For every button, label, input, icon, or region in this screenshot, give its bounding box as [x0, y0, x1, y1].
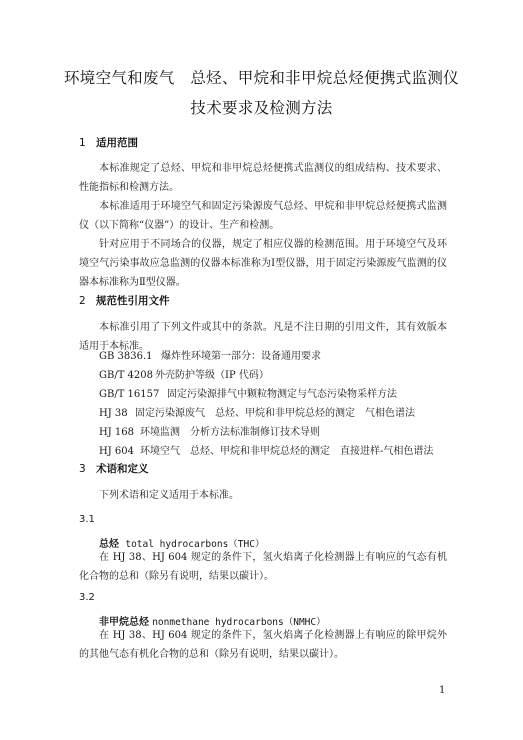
paragraph: 针对应用于不同场合的仪器，规定了相应仪器的检测范围。用于环境空气及环境空气污染事…	[79, 235, 447, 292]
term-number: 3.2	[79, 592, 95, 603]
reference-item: GB/T 4208外壳防护等级（IP 代码）	[99, 366, 269, 385]
section-number: 1	[79, 137, 96, 149]
section-title: 适用范围	[96, 137, 138, 149]
section-heading-2: 2规范性引用文件	[79, 293, 170, 308]
reference-title: 环境空气 总烃、甲烷和非甲烷总烃的测定 直接进样-气相色谱法	[140, 446, 433, 457]
reference-code: HJ 38	[99, 404, 135, 423]
reference-code: GB/T 16157	[99, 385, 167, 404]
section-heading-3: 3术语和定义	[79, 461, 149, 476]
reference-title: 固定污染源废气 总烃、甲烷和非甲烷总烃的测定 气相色谱法	[135, 408, 415, 419]
document-page: 环境空气和废气 总烃、甲烷和非甲烷总烃便携式监测仪 技术要求及检测方法 1适用范…	[0, 0, 523, 740]
term-number: 3.1	[79, 514, 95, 525]
paragraph: 本标准适用于环境空气和固定污染源废气总烃、甲烷和非甲烷总烃便携式监测仪（以下简称…	[79, 197, 447, 235]
reference-code: GB/T 4208	[99, 366, 155, 385]
page-number: 1	[439, 685, 445, 696]
reference-title: 环境监测 分析方法标准制修订技术导则	[140, 427, 320, 438]
reference-item: HJ 168环境监测 分析方法标准制修订技术导则	[99, 423, 320, 442]
document-title-line1: 环境空气和废气 总烃、甲烷和非甲烷总烃便携式监测仪	[0, 66, 523, 88]
reference-item: GB/T 16157固定污染源排气中颗粒物测定与气态污染物采样方法	[99, 385, 397, 404]
paragraph: 本标准规定了总烃、甲烷和非甲烷总烃便携式监测仪的组成结构、技术要求、性能指标和检…	[79, 159, 447, 197]
reference-code: HJ 604	[99, 442, 140, 461]
term-definition: 在 HJ 38、HJ 604 规定的条件下，氢火焰离子化检测器上有响应的气态有机…	[79, 548, 447, 586]
term-definition: 在 HJ 38、HJ 604 规定的条件下，氢火焰离子化检测器上有响应的除甲烷外…	[79, 626, 447, 664]
section-number: 2	[79, 295, 96, 307]
reference-item: HJ 604环境空气 总烃、甲烷和非甲烷总烃的测定 直接进样-气相色谱法	[99, 442, 433, 461]
reference-title: 外壳防护等级（IP 代码）	[155, 370, 269, 381]
section-title: 规范性引用文件	[96, 295, 170, 307]
reference-item: GB 3836.1爆炸性环境第一部分：设备通用要求	[99, 347, 321, 366]
paragraph: 下列术语和定义适用于本标准。	[79, 486, 447, 505]
reference-code: GB 3836.1	[99, 347, 161, 366]
section-title: 术语和定义	[96, 463, 149, 475]
reference-item: HJ 38固定污染源废气 总烃、甲烷和非甲烷总烃的测定 气相色谱法	[99, 404, 415, 423]
section-number: 3	[79, 463, 96, 475]
reference-code: HJ 168	[99, 423, 140, 442]
reference-title: 固定污染源排气中颗粒物测定与气态污染物采样方法	[167, 389, 397, 400]
section-heading-1: 1适用范围	[79, 135, 138, 150]
reference-title: 爆炸性环境第一部分：设备通用要求	[161, 351, 321, 362]
document-title-line2: 技术要求及检测方法	[0, 96, 523, 118]
